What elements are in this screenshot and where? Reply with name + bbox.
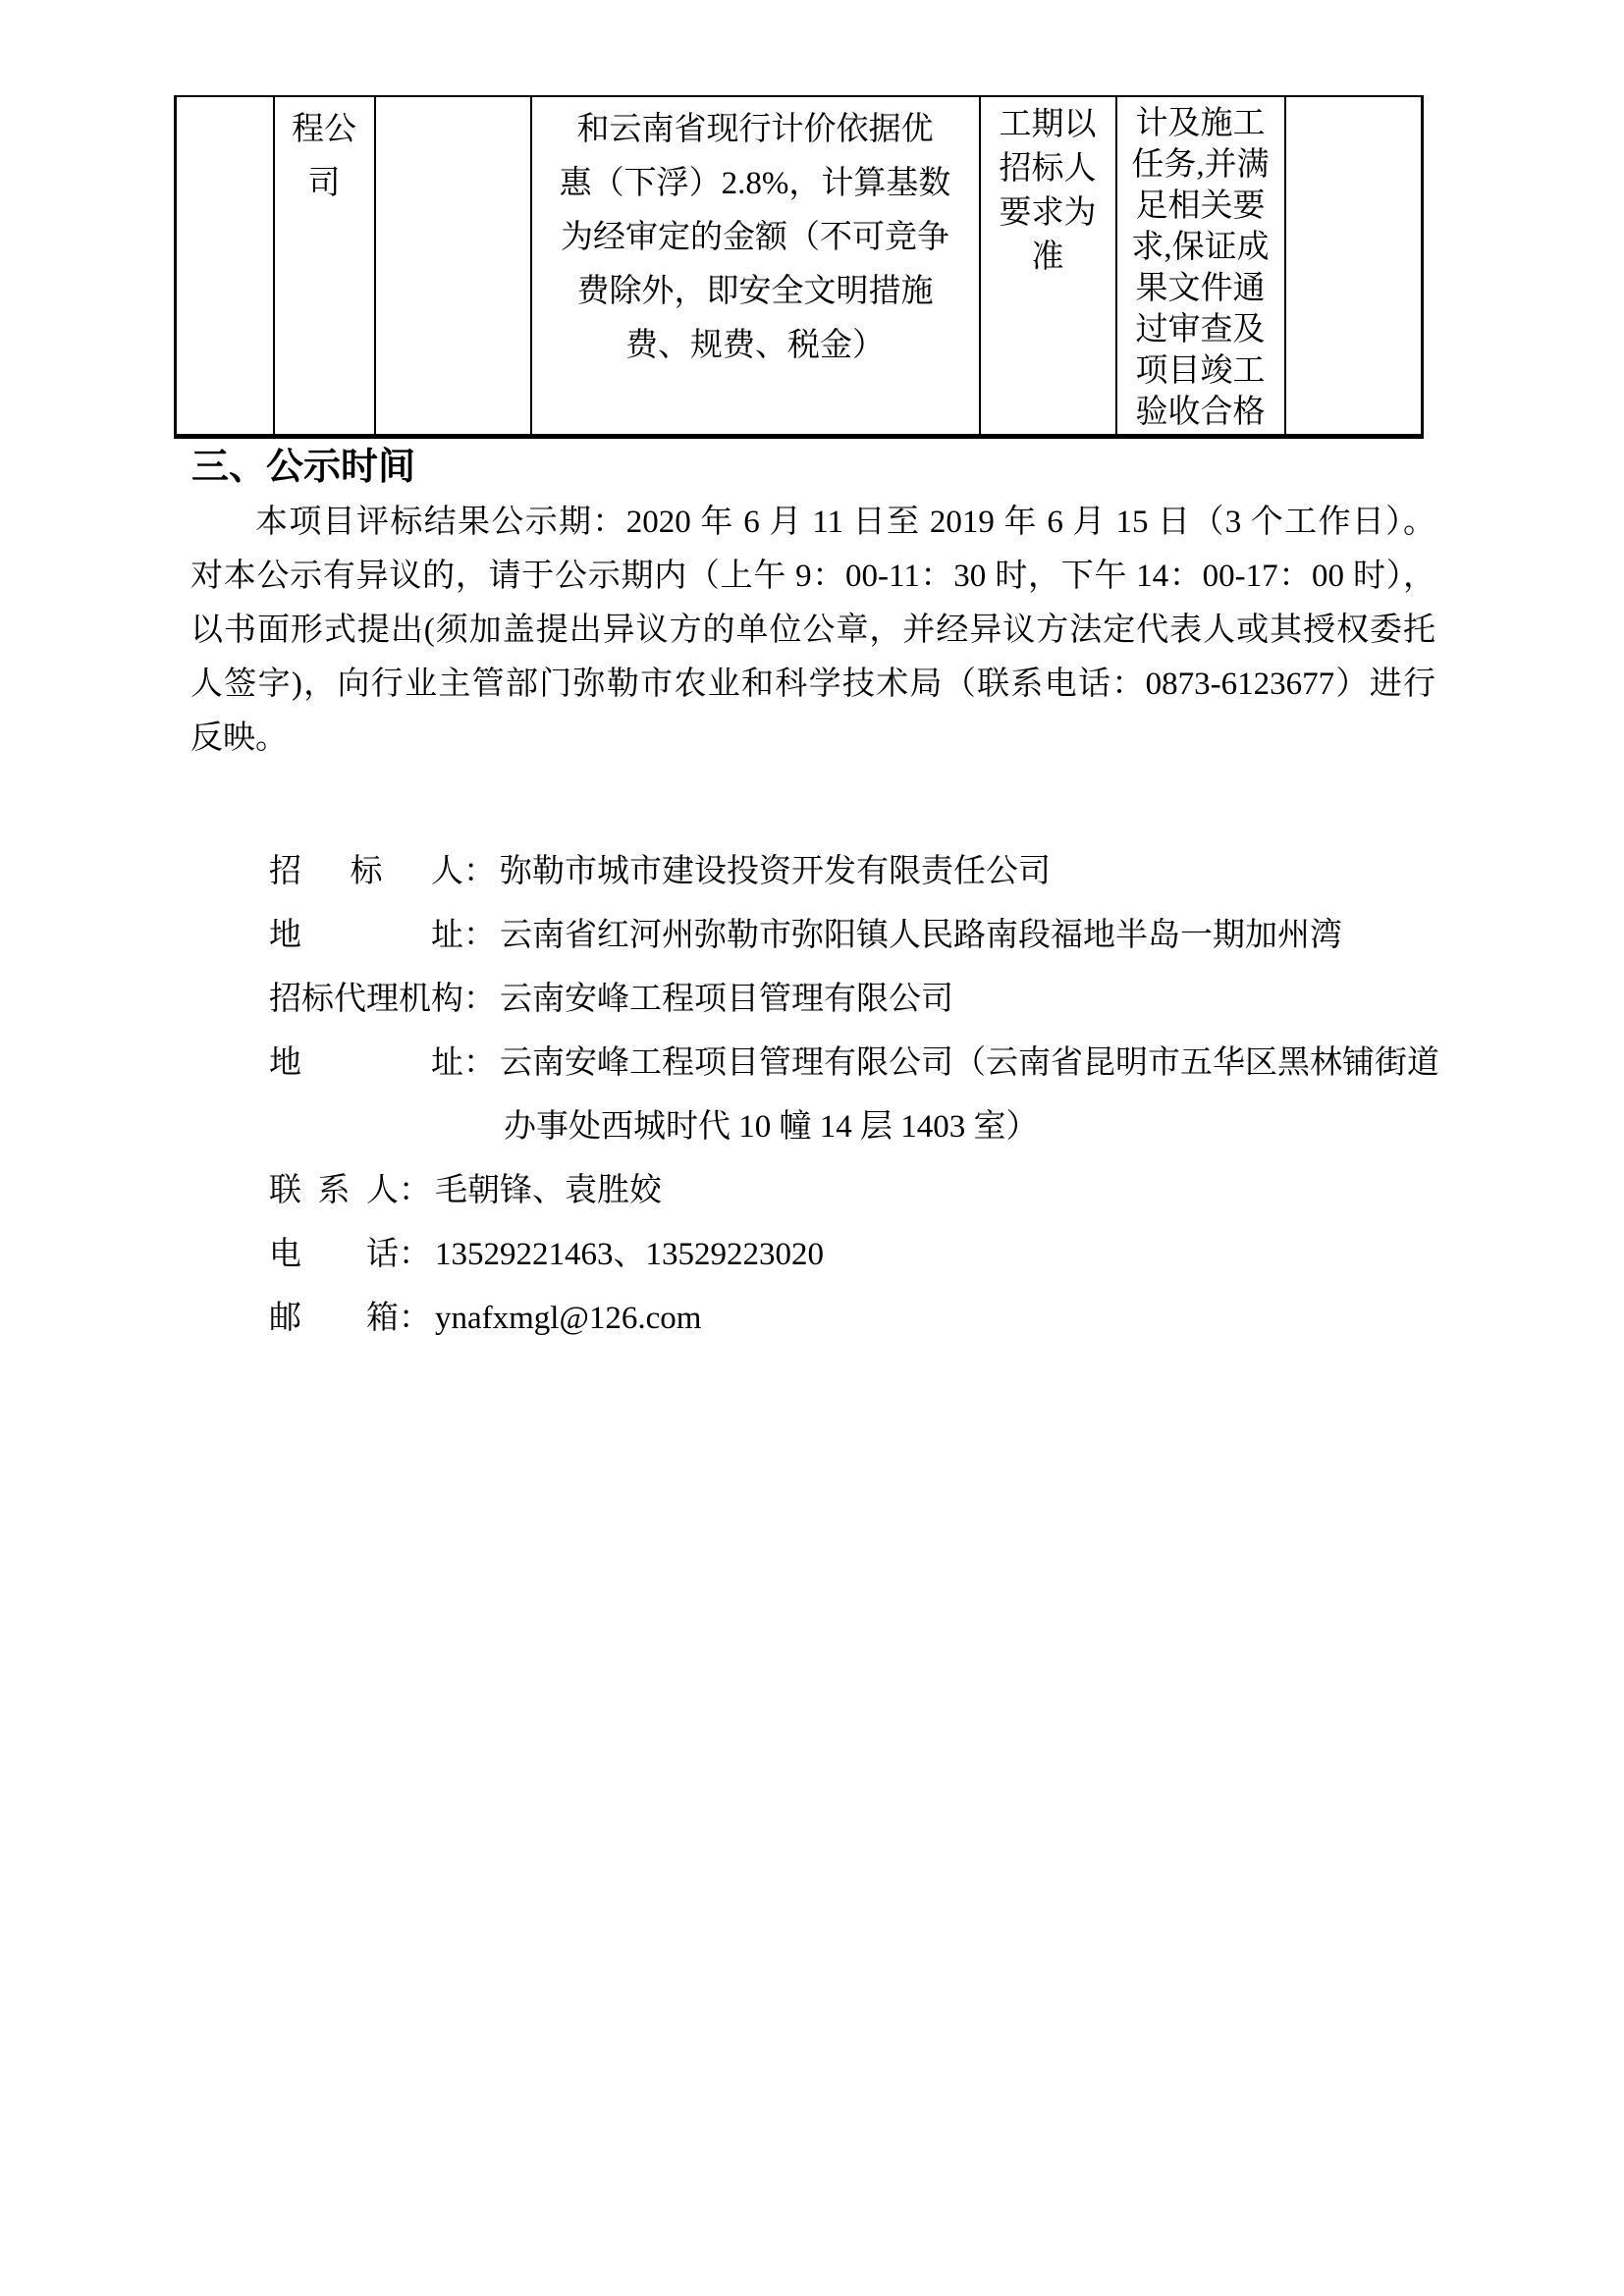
text-line: 项目竣工 [1121,350,1280,392]
contact-row: 地址：云南省红河州弥勒市弥阳镇人民路南段福地半岛一期加州湾 [269,904,1439,968]
contact-label: 电话 [269,1223,399,1287]
contact-label: 地址 [269,1032,463,1095]
contact-colon: ： [399,1159,431,1223]
text-line: 计及施工 [1121,103,1280,144]
contact-value: 云南安峰工程项目管理有限公司 [496,982,953,1017]
contact-colon: ： [463,840,496,904]
contact-colon: ： [463,904,496,968]
text-line: 人签字)，向行业主管部门弥勒市农业和科学技术局（联系电话：0873-612367… [190,658,1435,712]
contact-colon: ： [399,1223,431,1287]
bid-result-table: 程公司 和云南省现行计价依据优惠（下浮）2.8%，计算基数为经审定的金额（不可竞… [174,95,1424,439]
contact-label: 招标代理机构 [269,968,463,1032]
contact-value: 13529221463、13529223020 [431,1237,824,1272]
text-line: 程公 [279,103,370,157]
contact-row: 电话：13529221463、13529223020 [269,1223,1439,1287]
section-heading: 三、公示时间 [191,444,415,491]
cell-price-terms: 和云南省现行计价依据优惠（下浮）2.8%，计算基数为经审定的金额（不可竞争费除外… [531,96,980,437]
cell-empty-left [176,96,274,437]
text-line: 准 [985,236,1111,280]
document-page: 程公司 和云南省现行计价依据优惠（下浮）2.8%，计算基数为经审定的金额（不可竞… [0,0,1624,2296]
contact-row: 联系人：毛朝锋、袁胜姣 [269,1159,1439,1223]
contact-colon: ： [399,1287,431,1351]
text-line: 果文件通 [1121,268,1280,309]
cell-empty-middle [375,96,531,437]
text-line: 过审查及 [1121,309,1280,350]
text-line: 本项目评标结果公示期：2020 年 6 月 11 日至 2019 年 6 月 1… [190,496,1435,550]
text-line: 司 [279,157,370,211]
text-line: 任务,并满 [1121,144,1280,186]
text-line: 以书面形式提出(须加盖提出异议方的单位公章，并经异议方法定代表人或其授权委托 [190,604,1435,658]
text-line: 反映。 [190,712,1435,766]
text-line: 工期以 [985,103,1111,147]
text-line: 求,保证成 [1121,227,1280,268]
text-line: 费、规费、税金） [536,319,975,373]
contact-value: 云南省红河州弥勒市弥阳镇人民路南段福地半岛一期加州湾 [496,918,1342,953]
text-line: 对本公示有异议的，请于公示期内（上午 9：00-11：30 时，下午 14：00… [190,550,1435,604]
contact-value: ynafxmgl@126.com [431,1301,701,1336]
table-row: 程公司 和云南省现行计价依据优惠（下浮）2.8%，计算基数为经审定的金额（不可竞… [176,96,1423,437]
contact-row: 办事处西城时代 10 幢 14 层 1403 室） [269,1095,1439,1159]
contact-row: 招标人：弥勒市城市建设投资开发有限责任公司 [269,840,1439,904]
cell-empty-right [1285,96,1423,437]
text-line: 和云南省现行计价依据优 [536,103,975,157]
cell-service-scope: 计及施工任务,并满足相关要求,保证成果文件通过审查及项目竣工验收合格 [1116,96,1285,437]
contact-label: 邮箱 [269,1287,399,1351]
contact-value: 毛朝锋、袁胜姣 [431,1173,662,1208]
text-line: 足相关要 [1121,186,1280,227]
contact-label: 地址 [269,904,463,968]
contact-value: 弥勒市城市建设投资开发有限责任公司 [496,854,1051,889]
contact-value: 云南安峰工程项目管理有限公司（云南省昆明市五华区黑林铺街道 [496,1045,1439,1081]
text-line: 要求为 [985,191,1111,236]
contact-block: 招标人：弥勒市城市建设投资开发有限责任公司地址：云南省红河州弥勒市弥阳镇人民路南… [269,840,1439,1351]
text-line: 为经审定的金额（不可竞争 [536,211,975,265]
notice-paragraph: 本项目评标结果公示期：2020 年 6 月 11 日至 2019 年 6 月 1… [190,496,1435,766]
cell-bidder-name-tail: 程公司 [274,96,375,437]
contact-label: 招标人 [269,840,463,904]
contact-row: 招标代理机构：云南安峰工程项目管理有限公司 [269,968,1439,1032]
contact-value: 办事处西城时代 10 幢 14 层 1403 室） [500,1095,1039,1159]
contact-row: 邮箱：ynafxmgl@126.com [269,1287,1439,1351]
contact-label: 联系人 [269,1159,399,1223]
contact-row: 地址：云南安峰工程项目管理有限公司（云南省昆明市五华区黑林铺街道 [269,1032,1439,1095]
text-line: 费除外，即安全文明措施 [536,265,975,319]
contact-colon: ： [463,968,496,1032]
text-line: 验收合格 [1121,392,1280,433]
contact-colon: ： [463,1032,496,1095]
text-line: 惠（下浮）2.8%，计算基数 [536,157,975,211]
text-line: 招标人 [985,147,1111,191]
cell-duration: 工期以招标人要求为准 [980,96,1116,437]
